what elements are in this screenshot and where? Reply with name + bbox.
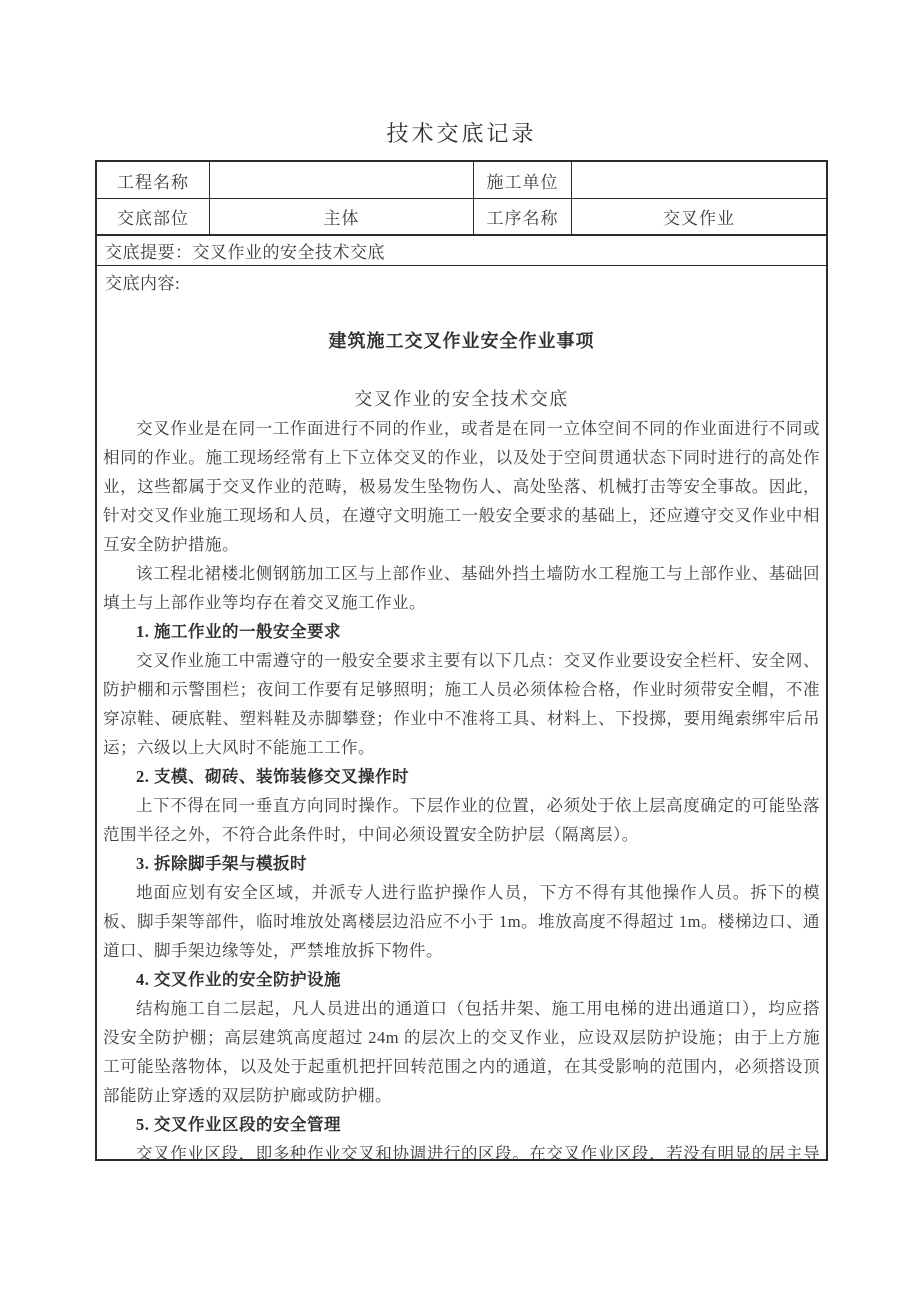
paragraph: 交叉作业是在同一工作面进行不同的作业，或者是在同一立体空间不同的作业面进行不同或… [103, 414, 820, 559]
paragraph: 上下不得在同一垂直方向同时操作。下层作业的位置，必须处于依上层高度确定的可能坠落… [103, 791, 820, 849]
document-page: 技术交底记录 工程名称 施工单位 交底部位 主体 工序名称 交叉作业 交底提要：… [0, 0, 920, 1302]
construction-unit-value [572, 162, 826, 198]
paragraph: 结构施工自二层起，凡人员进出的通道口（包括井架、施工用电梯的进出通道口），均应搭… [103, 994, 820, 1110]
content-main-heading: 建筑施工交叉作业安全作业事项 [103, 327, 820, 356]
paragraph: 交叉作业施工中需遵守的一般安全要求主要有以下几点：交叉作业要设安全栏杆、安全网、… [103, 646, 820, 762]
section-heading-5: 5. 交叉作业区段的安全管理 [103, 1110, 820, 1139]
content-label: 交底内容: [103, 269, 820, 298]
disclosure-table: 工程名称 施工单位 交底部位 主体 工序名称 交叉作业 交底提要：交叉作业的安全… [95, 160, 828, 1161]
process-name-label: 工序名称 [474, 199, 572, 234]
disclosure-summary-row: 交底提要：交叉作业的安全技术交底 [97, 236, 826, 266]
process-name-value: 交叉作业 [572, 199, 826, 234]
section-heading-4: 4. 交叉作业的安全防护设施 [103, 965, 820, 994]
disclosure-part-value: 主体 [210, 199, 474, 234]
construction-unit-label: 施工单位 [474, 162, 572, 198]
table-row: 交底部位 主体 工序名称 交叉作业 [97, 199, 826, 236]
section-heading-2: 2. 支模、砌砖、装饰装修交叉操作时 [103, 762, 820, 791]
paragraph: 交叉作业区段，即多种作业交叉和协调进行的区段。在交叉作业区段，若没有明显的居主导… [103, 1139, 820, 1159]
page-title: 技术交底记录 [95, 117, 828, 148]
paragraph: 该工程北裙楼北侧钢筋加工区与上部作业、基础外挡土墙防水工程施工与上部作业、基础回… [103, 559, 820, 617]
table-row: 工程名称 施工单位 [97, 162, 826, 199]
disclosure-part-label: 交底部位 [97, 199, 210, 234]
content-sub-heading: 交叉作业的安全技术交底 [103, 385, 820, 414]
disclosure-content-box: 交底内容: 建筑施工交叉作业安全作业事项 交叉作业的安全技术交底 交叉作业是在同… [97, 266, 826, 1159]
section-heading-1: 1. 施工作业的一般安全要求 [103, 617, 820, 646]
project-name-label: 工程名称 [97, 162, 210, 198]
paragraph: 地面应划有安全区域，并派专人进行监护操作人员，下方不得有其他操作人员。拆下的模板… [103, 878, 820, 965]
project-name-value [210, 162, 474, 198]
section-heading-3: 3. 拆除脚手架与模扳时 [103, 849, 820, 878]
